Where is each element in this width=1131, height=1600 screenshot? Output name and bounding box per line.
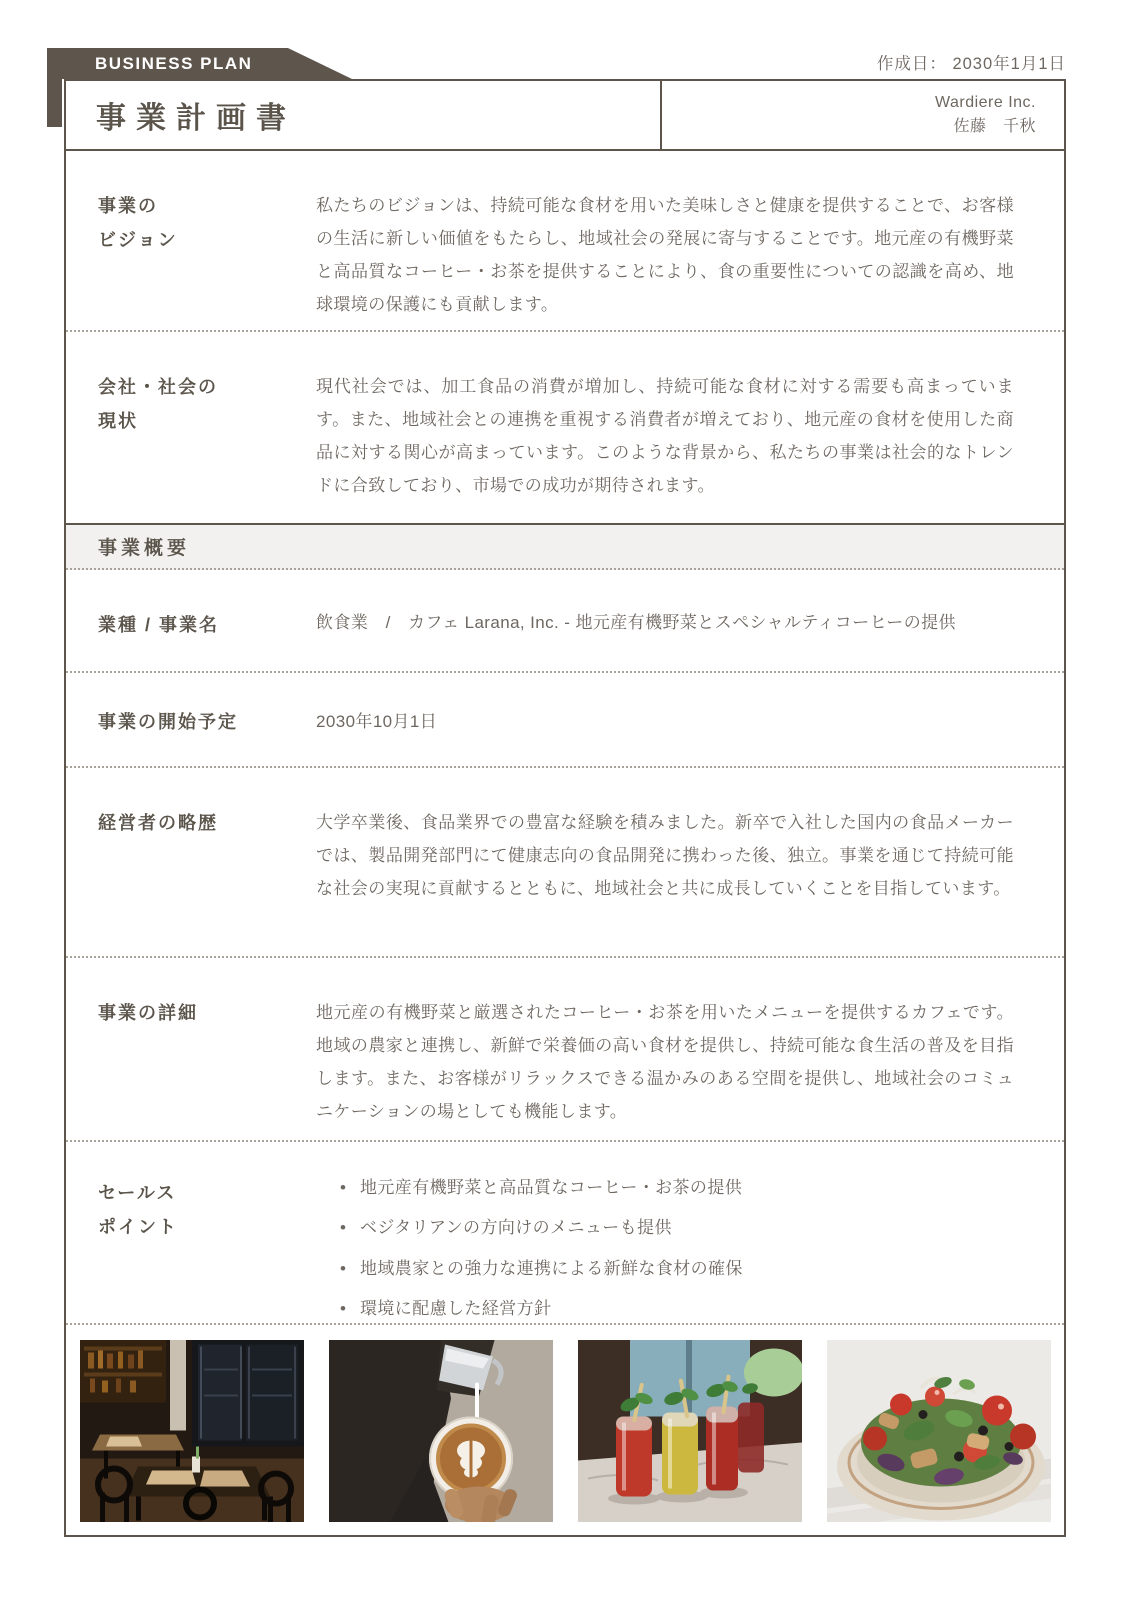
row-industry: 業種 / 事業名 飲食業 / カフェ Larana, Inc. - 地元産有機野… bbox=[66, 570, 1064, 673]
created-date-value: 2030年1月1日 bbox=[952, 55, 1066, 73]
biography-label: 経営者の略歴 bbox=[66, 768, 316, 956]
vision-label: 事業の ビジョン bbox=[66, 151, 316, 330]
sales-point-item: 環境に配慮した経営方針 bbox=[336, 1293, 984, 1324]
title-box: 事業計画書 Wardiere Inc. 佐藤 千秋 bbox=[64, 79, 1066, 151]
sales-points-label: セールス ポイント bbox=[66, 1142, 316, 1323]
latte-art-illustration bbox=[329, 1340, 553, 1522]
salad-plate-photo bbox=[827, 1340, 1051, 1522]
row-sales-points: セールス ポイント 地元産有機野菜と高品質なコーヒー・お茶の提供 ベジタリアンの… bbox=[66, 1142, 1064, 1325]
company-name: Wardiere Inc. bbox=[935, 91, 1036, 115]
vision-text: 私たちのビジョンは、持続可能な食材を用いた美味しさと健康を提供することで、お客様… bbox=[316, 151, 1064, 330]
ribbon-fold-bar bbox=[47, 48, 62, 127]
details-label: 事業の詳細 bbox=[66, 958, 316, 1140]
title-cell: 事業計画書 bbox=[66, 81, 662, 149]
created-date: 作成日： 2030年1月1日 bbox=[877, 50, 1066, 74]
sales-point-item: ベジタリアンの方向けのメニューも提供 bbox=[336, 1212, 984, 1243]
row-start-date: 事業の開始予定 2030年10月1日 bbox=[66, 673, 1064, 768]
current-state-label: 会社・社会の 現状 bbox=[66, 332, 316, 523]
start-date-label: 事業の開始予定 bbox=[66, 673, 316, 766]
fresh-drinks-illustration bbox=[578, 1340, 802, 1522]
overview-heading: 事業概要 bbox=[98, 533, 190, 560]
page-title: 事業計画書 bbox=[96, 93, 296, 137]
ribbon-label: BUSINESS PLAN bbox=[95, 54, 252, 73]
current-state-text: 現代社会では、加工食品の消費が増加し、持続可能な食材に対する需要も高まっています… bbox=[316, 332, 1064, 523]
fresh-drinks-photo bbox=[578, 1340, 802, 1522]
overview-heading-band: 事業概要 bbox=[66, 523, 1064, 570]
sales-points-list-wrap: 地元産有機野菜と高品質なコーヒー・お茶の提供 ベジタリアンの方向けのメニューも提… bbox=[316, 1142, 1064, 1323]
company-cell: Wardiere Inc. 佐藤 千秋 bbox=[662, 81, 1064, 149]
photo-strip bbox=[66, 1325, 1064, 1535]
industry-text: 飲食業 / カフェ Larana, Inc. - 地元産有機野菜とスペシャルティ… bbox=[316, 570, 1064, 671]
salad-plate-illustration bbox=[827, 1340, 1051, 1522]
created-date-label: 作成日： bbox=[877, 55, 947, 73]
business-plan-page: BUSINESS PLAN 作成日： 2030年1月1日 事業計画書 Wardi… bbox=[0, 0, 1131, 1600]
row-current-state: 会社・社会の 現状 現代社会では、加工食品の消費が増加し、持続可能な食材に対する… bbox=[66, 332, 1064, 523]
content-box: 事業の ビジョン 私たちのビジョンは、持続可能な食材を用いた美味しさと健康を提供… bbox=[64, 149, 1066, 1537]
sales-point-item: 地元産有機野菜と高品質なコーヒー・お茶の提供 bbox=[336, 1172, 984, 1203]
latte-art-photo bbox=[329, 1340, 553, 1522]
business-plan-ribbon: BUSINESS PLAN bbox=[47, 48, 352, 79]
biography-text: 大学卒業後、食品業界での豊富な経験を積みました。新卒で入社した国内の食品メーカー… bbox=[316, 768, 1064, 956]
start-date-text: 2030年10月1日 bbox=[316, 673, 1064, 766]
cafe-interior-illustration bbox=[80, 1340, 304, 1522]
sales-points-list: 地元産有機野菜と高品質なコーヒー・お茶の提供 ベジタリアンの方向けのメニューも提… bbox=[316, 1142, 1024, 1325]
details-text: 地元産の有機野菜と厳選されたコーヒー・お茶を用いたメニューを提供するカフェです。… bbox=[316, 958, 1064, 1140]
cafe-interior-photo bbox=[80, 1340, 304, 1522]
author-name: 佐藤 千秋 bbox=[953, 115, 1036, 139]
row-vision: 事業の ビジョン 私たちのビジョンは、持続可能な食材を用いた美味しさと健康を提供… bbox=[66, 151, 1064, 332]
sales-point-item: 地域農家との強力な連携による新鮮な食材の確保 bbox=[336, 1253, 984, 1284]
row-details: 事業の詳細 地元産の有機野菜と厳選されたコーヒー・お茶を用いたメニューを提供する… bbox=[66, 958, 1064, 1142]
row-biography: 経営者の略歴 大学卒業後、食品業界での豊富な経験を積みました。新卒で入社した国内… bbox=[66, 768, 1064, 958]
industry-label: 業種 / 事業名 bbox=[66, 570, 316, 671]
